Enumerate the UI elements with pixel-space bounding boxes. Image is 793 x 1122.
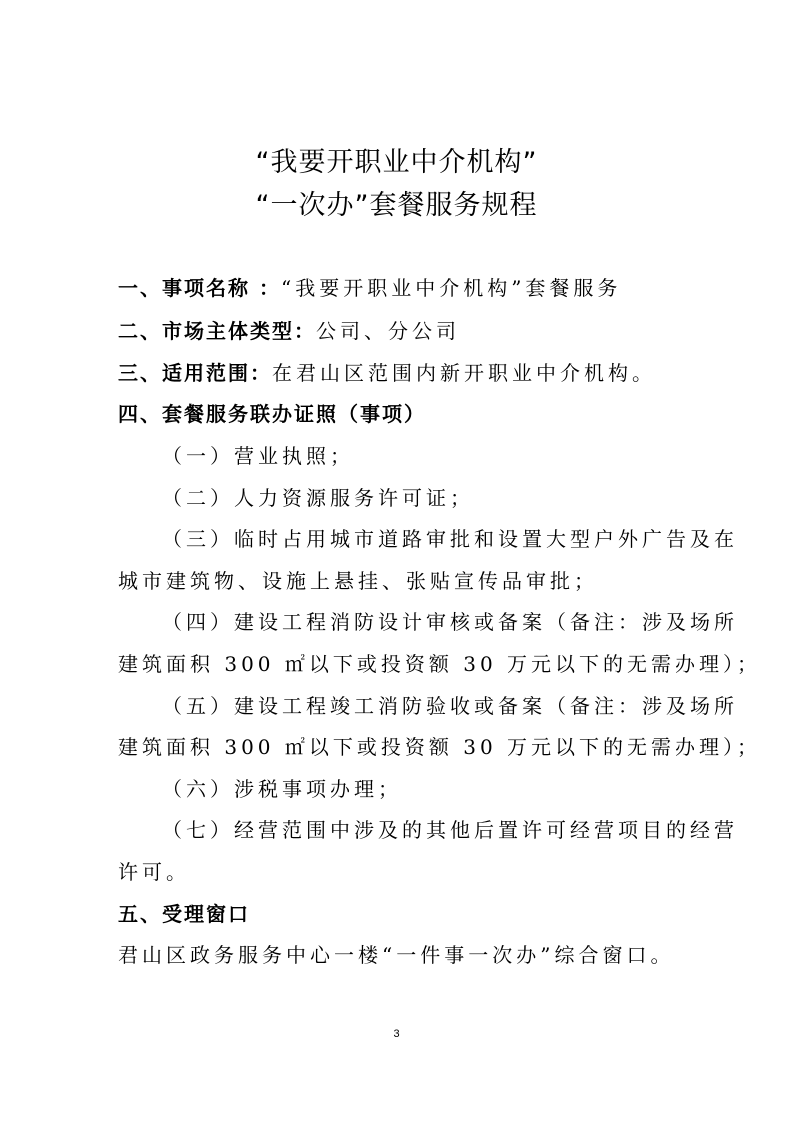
document-title-line-2: “一次办”套餐服务规程 [0,183,793,222]
section-text: 在君山区范围内新开职业中介机构。 [272,361,656,385]
page-number: 3 [0,1028,793,1040]
list-item-5-continued: 建筑面积 300 ㎡以下或投资额 30 万元以下的无需办理）； [118,731,761,760]
list-item-6: （六）涉税事项办理； [162,773,402,802]
section-heading: 一、事项名称 ： [118,276,281,300]
section-scope: 三、适用范围：在君山区范围内新开职业中介机构。 [118,357,656,386]
list-item-5: （五）建设工程竣工消防验收或备案（备注：涉及场所 [162,690,738,719]
list-item-4-continued: 建筑面积 300 ㎡以下或投资额 30 万元以下的无需办理）； [118,648,761,677]
list-item-4: （四）建设工程消防设计审核或备案（备注：涉及场所 [162,606,738,635]
list-item-7: （七）经营范围中涉及的其他后置许可经营项目的经营 [162,814,738,843]
section-text: “我要开职业中介机构”套餐服务 [281,276,621,300]
list-item-7-continued: 许可。 [118,856,190,885]
section-window-text: 君山区政务服务中心一楼“一件事一次办”综合窗口。 [118,939,674,968]
section-item-name: 一、事项名称 ：“我要开职业中介机构”套餐服务 [118,272,621,301]
section-heading: 二、市场主体类型： [118,319,316,343]
section-text: 公司、分公司 [316,319,460,343]
list-item-1: （一）营业执照； [162,440,354,469]
section-entity-type: 二、市场主体类型：公司、分公司 [118,315,460,344]
section-heading: 五、受理窗口 [118,902,250,926]
section-heading: 四、套餐服务联办证照（事项） [118,402,426,426]
section-licenses: 四、套餐服务联办证照（事项） [118,398,426,427]
list-item-3-continued: 城市建筑物、设施上悬挂、张贴宣传品审批； [118,565,598,594]
list-item-2: （二）人力资源服务许可证； [162,482,474,511]
section-heading: 三、适用范围： [118,361,272,385]
document-title-line-1: “我要开职业中介机构” [0,140,793,179]
section-window: 五、受理窗口 [118,898,250,927]
list-item-3: （三）临时占用城市道路审批和设置大型户外广告及在 [162,523,738,552]
